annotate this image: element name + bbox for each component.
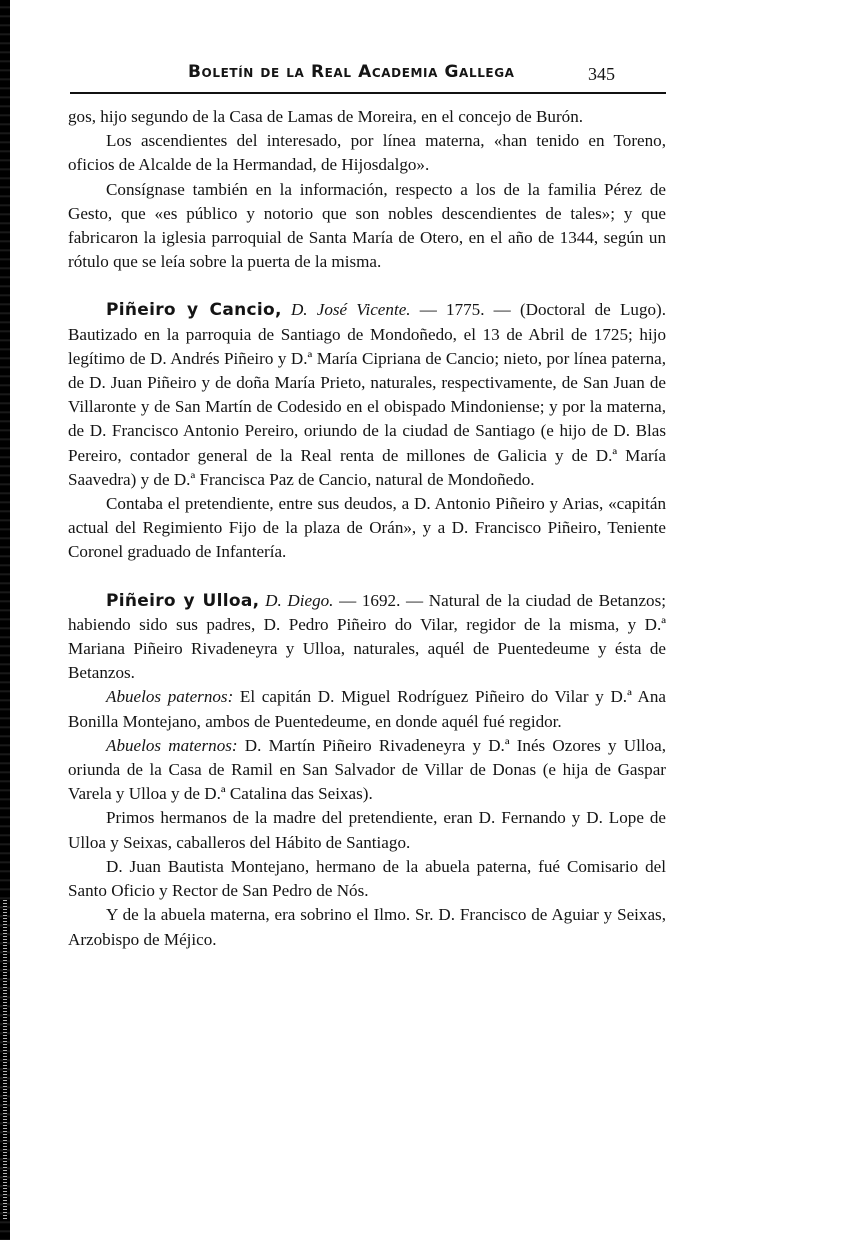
entry-forename: D. Diego. [265, 591, 333, 610]
entry-forename: D. José Vicente. [291, 300, 411, 319]
running-title: Boletín de la Real Academia Gallega [188, 62, 515, 82]
paragraph: D. Juan Bautista Montejano, hermano de l… [68, 855, 666, 903]
paragraph: Contaba el pretendiente, entre sus deudo… [68, 492, 666, 565]
paternal-grandparents: Abuelos paternos: El capitán D. Miguel R… [68, 685, 666, 733]
header-rule [70, 92, 666, 94]
paternal-label: Abuelos paternos: [106, 687, 233, 706]
paragraph: Consígnase también en la información, re… [68, 178, 666, 275]
page-number: 345 [588, 64, 615, 85]
paragraph: Y de la abuela materna, era sobrino el I… [68, 903, 666, 951]
scan-border [0, 0, 10, 1240]
maternal-label: Abuelos maternos: [106, 736, 238, 755]
entry-pineiro-y-cancio: Piñeiro y Cancio, D. José Vicente. — 177… [68, 298, 666, 492]
maternal-grandparents: Abuelos maternos: D. Martín Piñeiro Riva… [68, 734, 666, 807]
paragraph: gos, hijo segundo de la Casa de Lamas de… [68, 105, 666, 129]
page-header: Boletín de la Real Academia Gallega 345 [70, 58, 666, 92]
entry-pineiro-y-ulloa: Piñeiro y Ulloa, D. Diego. — 1692. — Nat… [68, 589, 666, 686]
page-body: gos, hijo segundo de la Casa de Lamas de… [68, 105, 666, 952]
entry-surname: Piñeiro y Cancio, [106, 300, 282, 320]
paragraph: Los ascendientes del interesado, por lín… [68, 129, 666, 177]
entry-text: — 1775. — (Doctoral de Lugo). Bautizado … [68, 300, 666, 488]
entry-surname: Piñeiro y Ulloa, [106, 591, 259, 611]
paragraph: Primos hermanos de la madre del pretendi… [68, 806, 666, 854]
